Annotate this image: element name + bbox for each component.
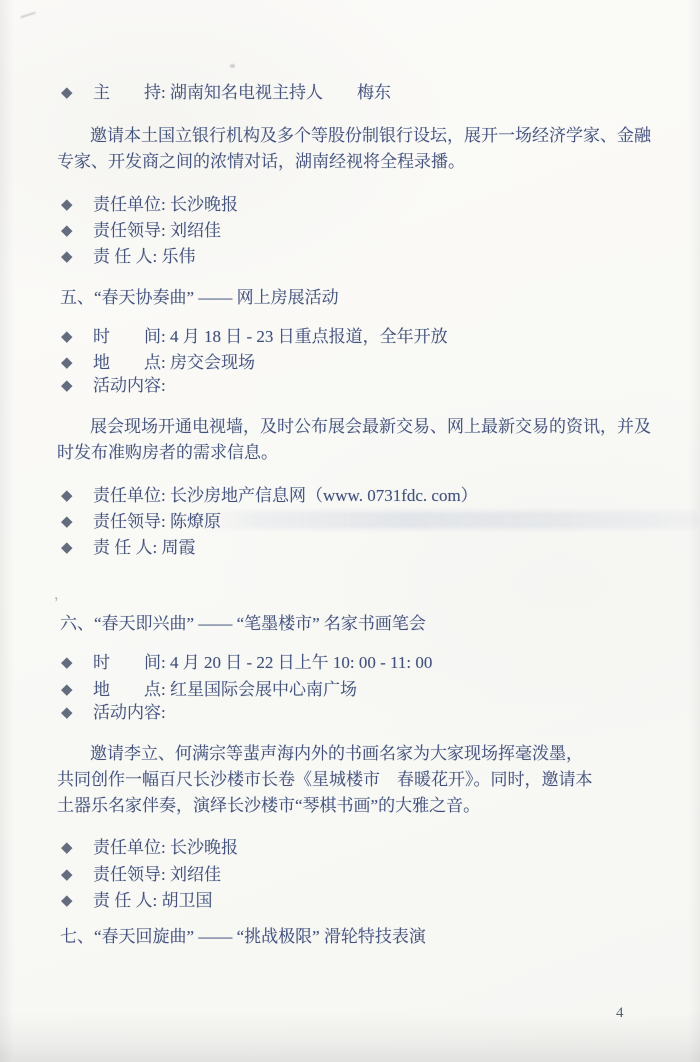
bullet-diamond-icon: ◆ (61, 246, 93, 268)
responsible-unit-text: 责任单位: 长沙晚报 (93, 838, 238, 857)
stray-mark: ， (54, 584, 68, 604)
time-line: ◆时 间: 4 月 18 日 - 23 日重点报道，全年开放 (61, 326, 448, 349)
bullet-diamond-icon: ◆ (61, 679, 93, 701)
scan-shadow-bottom-edge (0, 1012, 700, 1062)
bullet-diamond-icon: ◆ (61, 702, 93, 724)
responsible-unit-line: ◆责任单位: 长沙晚报 (61, 837, 238, 860)
responsible-person-line: ◆责 任 人: 胡卫国 (61, 890, 212, 913)
responsible-unit-line: ◆责任单位: 长沙晚报 (61, 194, 238, 217)
bullet-diamond-icon: ◆ (61, 537, 93, 559)
activity-content-label: 活动内容: (93, 703, 166, 722)
place-line: ◆地 点: 房交会现场 (61, 352, 255, 375)
time-text: 时 间: 4 月 18 日 - 23 日重点报道，全年开放 (93, 327, 448, 346)
responsible-person-text: 责 任 人: 周霞 (93, 538, 195, 557)
bullet-diamond-icon: ◆ (61, 326, 93, 348)
bullet-diamond-icon: ◆ (61, 82, 93, 104)
host-line-text: 主 持: 湖南知名电视主持人 梅东 (93, 83, 391, 102)
paragraph-line: 共同创作一幅百尺长沙楼市长卷《星城楼市 春暖花开》。同时，邀请本 (57, 769, 593, 791)
responsible-leader-text: 责任领导: 刘绍佳 (93, 865, 221, 884)
bullet-diamond-icon: ◆ (61, 864, 93, 886)
responsible-leader-line: ◆责任领导: 刘绍佳 (61, 864, 221, 887)
activity-content-label-line: ◆活动内容: (61, 702, 166, 725)
responsible-person-text: 责 任 人: 乐伟 (93, 247, 195, 266)
responsible-person-text: 责 任 人: 胡卫国 (93, 891, 212, 910)
bullet-diamond-icon: ◆ (61, 511, 93, 533)
scan-smudge (195, 511, 700, 529)
activity-content-label: 活动内容: (93, 376, 166, 395)
place-line: ◆地 点: 红星国际会展中心南广场 (61, 679, 357, 702)
activity-content-label-line: ◆活动内容: (61, 375, 166, 398)
time-text: 时 间: 4 月 20 日 - 22 日上午 10: 00 - 11: 00 (93, 653, 432, 672)
bullet-diamond-icon: ◆ (61, 890, 93, 912)
host-line: ◆主 持: 湖南知名电视主持人 梅东 (61, 82, 391, 105)
paragraph-line: 土器乐名家伴奏，演绎长沙楼市“琴棋书画”的大雅之音。 (57, 795, 480, 817)
responsible-unit-text: 责任单位: 长沙房地产信息网（www. 0731fdc. com） (93, 486, 478, 505)
place-text: 地 点: 红星国际会展中心南广场 (93, 680, 357, 699)
scanned-document-page: ， ◆主 持: 湖南知名电视主持人 梅东 邀请本土国立银行机构及多个等股份制银行… (0, 0, 700, 1062)
bullet-diamond-icon: ◆ (61, 194, 93, 216)
paragraph-line: 时发布准购房者的需求信息。 (57, 442, 278, 464)
scan-speck (230, 64, 235, 68)
section5-heading: 五、“春天协奏曲” —— 网上房展活动 (60, 287, 339, 309)
bullet-diamond-icon: ◆ (61, 485, 93, 507)
responsible-leader-line: ◆责任领导: 刘绍佳 (61, 220, 221, 243)
bullet-diamond-icon: ◆ (61, 652, 93, 674)
section6-heading: 六、“春天即兴曲” —— “笔墨楼市” 名家书画笔会 (60, 613, 426, 635)
bullet-diamond-icon: ◆ (61, 352, 93, 374)
paragraph-line: 专家、开发商之间的浓情对话，湖南经视将全程录播。 (57, 151, 465, 173)
responsible-person-line: ◆责 任 人: 周霞 (61, 537, 195, 560)
page-number: 4 (616, 1005, 625, 1022)
bullet-diamond-icon: ◆ (61, 220, 93, 242)
paragraph-line: 展会现场开通电视墙，及时公布展会最新交易、网上最新交易的资讯，并及 (90, 416, 651, 438)
responsible-person-line: ◆责 任 人: 乐伟 (61, 246, 195, 269)
place-text: 地 点: 房交会现场 (93, 353, 255, 372)
bullet-diamond-icon: ◆ (61, 837, 93, 859)
responsible-unit-text: 责任单位: 长沙晚报 (93, 195, 238, 214)
scan-shadow-left-edge (0, 0, 14, 1062)
responsible-leader-text: 责任领导: 刘绍佳 (93, 221, 221, 240)
time-line: ◆时 间: 4 月 20 日 - 22 日上午 10: 00 - 11: 00 (61, 652, 432, 675)
paragraph-line: 邀请本土国立银行机构及多个等股份制银行设坛，展开一场经济学家、金融 (90, 125, 651, 147)
paragraph-line: 邀请李立、何满宗等蜚声海内外的书画名家为大家现场挥毫泼墨， (90, 743, 583, 765)
responsible-leader-line: ◆责任领导: 陈燎原 (61, 511, 221, 534)
section7-heading: 七、“春天回旋曲” —— “挑战极限” 滑轮特技表演 (60, 926, 426, 948)
responsible-leader-text: 责任领导: 陈燎原 (93, 512, 221, 531)
responsible-unit-line: ◆责任单位: 长沙房地产信息网（www. 0731fdc. com） (61, 485, 478, 508)
scan-shadow-right-edge (688, 0, 700, 1062)
scan-speck (20, 12, 36, 19)
bullet-diamond-icon: ◆ (61, 375, 93, 397)
